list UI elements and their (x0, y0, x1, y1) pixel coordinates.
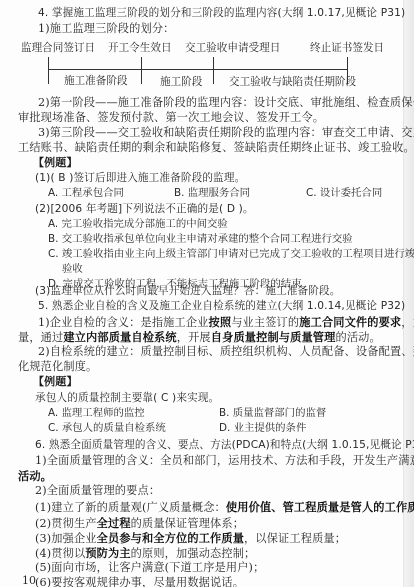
text: (4)贯彻以 (35, 547, 85, 560)
section-6-heading: 6. 熟悉全面质量管理的含义、要点、方法(PDCA)和特点(大纲 1.0.15,… (35, 438, 414, 452)
question-1-option-b: B. 监理服务合同 (174, 187, 250, 200)
section-5-question: 承包人的质量控制主要靠( C )来实现。 (35, 391, 219, 405)
timeline-axis (48, 69, 347, 70)
example-label: 【例题】 (33, 156, 78, 170)
section-4-sub2-line2: 审批现场准备、签发预付款、第一次工地会议、签发开工令。 (18, 111, 324, 125)
text: 的质量保证管理体系； (131, 517, 244, 530)
section-5-option-b: B. 质量监督部门的监督 (219, 407, 326, 420)
page-number: 10 (22, 574, 36, 587)
question-2-option-a: A. 完工验收指完成分部施工的中间交验 (48, 218, 228, 231)
point-2: (2)贯彻生产全过程的质量保证管理体系； (35, 516, 244, 531)
text: (6)要按客观规律办事，尽量用数据说话。 (35, 576, 244, 587)
bold-text: 施工合同文件的要求 (299, 315, 401, 329)
page-edge-shadow (403, 0, 414, 587)
point-6: (6)要按客观规律办事，尽量用数据说话。 (35, 576, 244, 587)
milestone-label: 监理合同签订日 (21, 42, 95, 55)
point-5: (5)面向市场，让客户满意(下道工序是用户)； (35, 561, 264, 575)
text: ，为保证工程质 (401, 316, 414, 329)
section-6-sub1-line1: 1)全面质量管理的含义：全员和部门，运用技术、方法和手段，开发生产满意产品的管理 (35, 453, 414, 468)
question-1: (1)( B )签订后即进入施工准备阶段的监理。 (35, 171, 245, 185)
bold-text: 预防为主 (85, 546, 130, 560)
question-2-option-b: B. 交工验收指承包单位向业主申请对承建的整个合同工程进行交验 (48, 233, 353, 246)
section-5-option-c: C. 承包人的质量自检系统 (48, 422, 166, 435)
text: (2)贯彻生产 (35, 517, 97, 530)
section-5-sub2-line1: 2)自检系统的建立：质量控制目标、质控组织机构、人员配备、设备配置、建立和健全标… (38, 345, 414, 359)
text: (1)建立了新的质量观(广义质量概念： (35, 501, 226, 514)
timeline-tick (48, 57, 49, 84)
bold-text: 全员参与和全方位的工作质量 (97, 531, 244, 545)
point-1: (1)建立了新的质量观(广义质量概念：使用价值、管工程质量是管人的工作质量)； (35, 500, 414, 515)
question-1-option-a: A. 工程承包合同 (48, 187, 124, 200)
point-4: (4)贯彻以预防为主的原则，加强动态控制； (35, 546, 255, 561)
section-4-sub3-line2: 工结账书、缺陷责任期的剩余和缺陷修复、签缺陷责任期终止证书、竣工验收。 (18, 141, 414, 155)
bold-text: 建立内部质量自检系统 (63, 330, 176, 344)
section-5-sub1-line2: 量，通过建立内部质量自检系统，开展自身质量控制与质量管理的活动。 (18, 330, 381, 345)
section-6-sub1-line2: 活动。 (18, 469, 52, 483)
question-2-option-c-cont: 验收 (62, 263, 83, 276)
phase-label: 施工阶段 (160, 76, 202, 89)
timeline-tick (141, 57, 142, 84)
question-1-option-c: C. 设计委托合同 (306, 187, 382, 200)
text: (5)面向市场，让客户满意(下道工序是用户)； (35, 561, 264, 574)
text: 的原则，加强动态控制； (131, 547, 256, 560)
text: 1)全面质量管理的含义：全员和部门，运用技术、方法和手段，开发生产满意产品的 (35, 454, 414, 467)
timeline-tick (213, 57, 214, 84)
milestone-label: 交工验收申请受理日 (185, 42, 280, 55)
bold-text: 全过程 (97, 516, 131, 530)
text: 的活动。 (335, 331, 380, 344)
text: ，以保证工程质量； (244, 532, 346, 545)
question-2-option-c: C. 竣工验收指由业主向上级主管部门申请对已完成了交工验收的工程项目进行竣工 (48, 248, 414, 261)
section-5-sub2-line2: 化规范化制度。 (18, 360, 97, 374)
text: ，开展 (177, 331, 211, 344)
bold-text: 自身质量控制与质量管理 (211, 330, 336, 344)
text: 量，通过 (18, 331, 63, 344)
section-4-sub1: 1)施工监理三阶段的划分： (38, 22, 175, 36)
section-5-heading: 5. 熟悉企业自检的含义及施工企业自检系统的建立(大纲 1.0.14,见概论 P… (38, 299, 405, 313)
section-5-option-d: D. 业主提供的条件 (219, 422, 306, 435)
example-label: 【例题】 (33, 375, 78, 389)
text: 1)企业自检的含义：是指施工企业 (38, 316, 209, 329)
text: 与业主签订的 (231, 316, 299, 329)
section-4-heading: 4. 掌握施工监理三阶段的划分和三阶段的监理内容(大纲 1.0.17,见概论 P… (38, 6, 405, 20)
bold-text: 按照 (209, 315, 232, 329)
milestone-label: 终止证书签发日 (310, 42, 384, 55)
section-4-sub3-line1: 3)第三阶段——交工验收和缺陷责任期阶段的监理内容：审查交工申请、交工验收、签交 (38, 126, 414, 140)
section-5-sub1-line1: 1)企业自检的含义：是指施工企业按照与业主签订的施工合同文件的要求，为保证工程质 (38, 315, 414, 330)
point-3: (3)加强企业全员参与和全方位的工作质量，以保证工程质量； (35, 531, 346, 546)
section-6-sub2: 2)全面质量管理的要点： (35, 484, 160, 498)
milestone-label: 开工令生效日 (108, 42, 172, 55)
section-4-sub2-line1: 2)第一阶段——施工准备阶段的监理内容：设计交底、审批施组、检查质保体系和试验室… (38, 96, 414, 110)
question-2: (2)[2006 年考题]下列说法不正确的是( D )。 (35, 202, 254, 216)
phase-label: 施工准备阶段 (64, 75, 128, 88)
text: (3)加强企业 (35, 532, 97, 545)
section-5-option-a: A. 监理工程师的监控 (48, 407, 145, 420)
phase-label: 交工验收与缺陷责任期阶段 (229, 76, 356, 89)
bold-text: 使用价值、管工程质量是管人的工作质量 (226, 500, 414, 514)
question-3: (3)监理单位从什么时间最早开始进入监理？答：施工准备阶段。 (35, 284, 341, 298)
